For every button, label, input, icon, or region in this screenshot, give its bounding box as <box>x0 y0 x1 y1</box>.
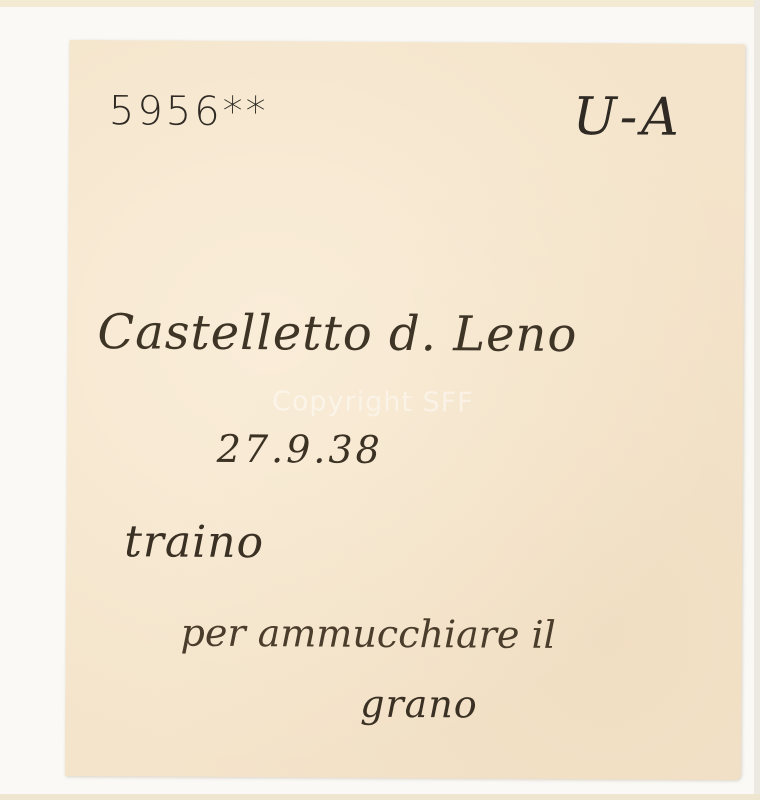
mount-edge-top <box>0 0 760 7</box>
mount-edge-right <box>754 0 760 800</box>
place-name: Castelletto d. Leno <box>97 304 577 363</box>
object-name: traino <box>124 516 264 568</box>
date: 27.9.38 <box>217 427 383 472</box>
copyright-watermark: Copyright SFF <box>272 386 474 418</box>
catalog-number: 5956** <box>109 88 269 135</box>
label-card: 5956** U-A Castelletto d. Leno Copyright… <box>65 40 745 780</box>
classification-code: U-A <box>573 87 683 148</box>
description-line-1: per ammucchiare il <box>181 611 556 657</box>
mount-edge-bottom <box>0 794 760 800</box>
description-line-2: grano <box>360 682 478 727</box>
